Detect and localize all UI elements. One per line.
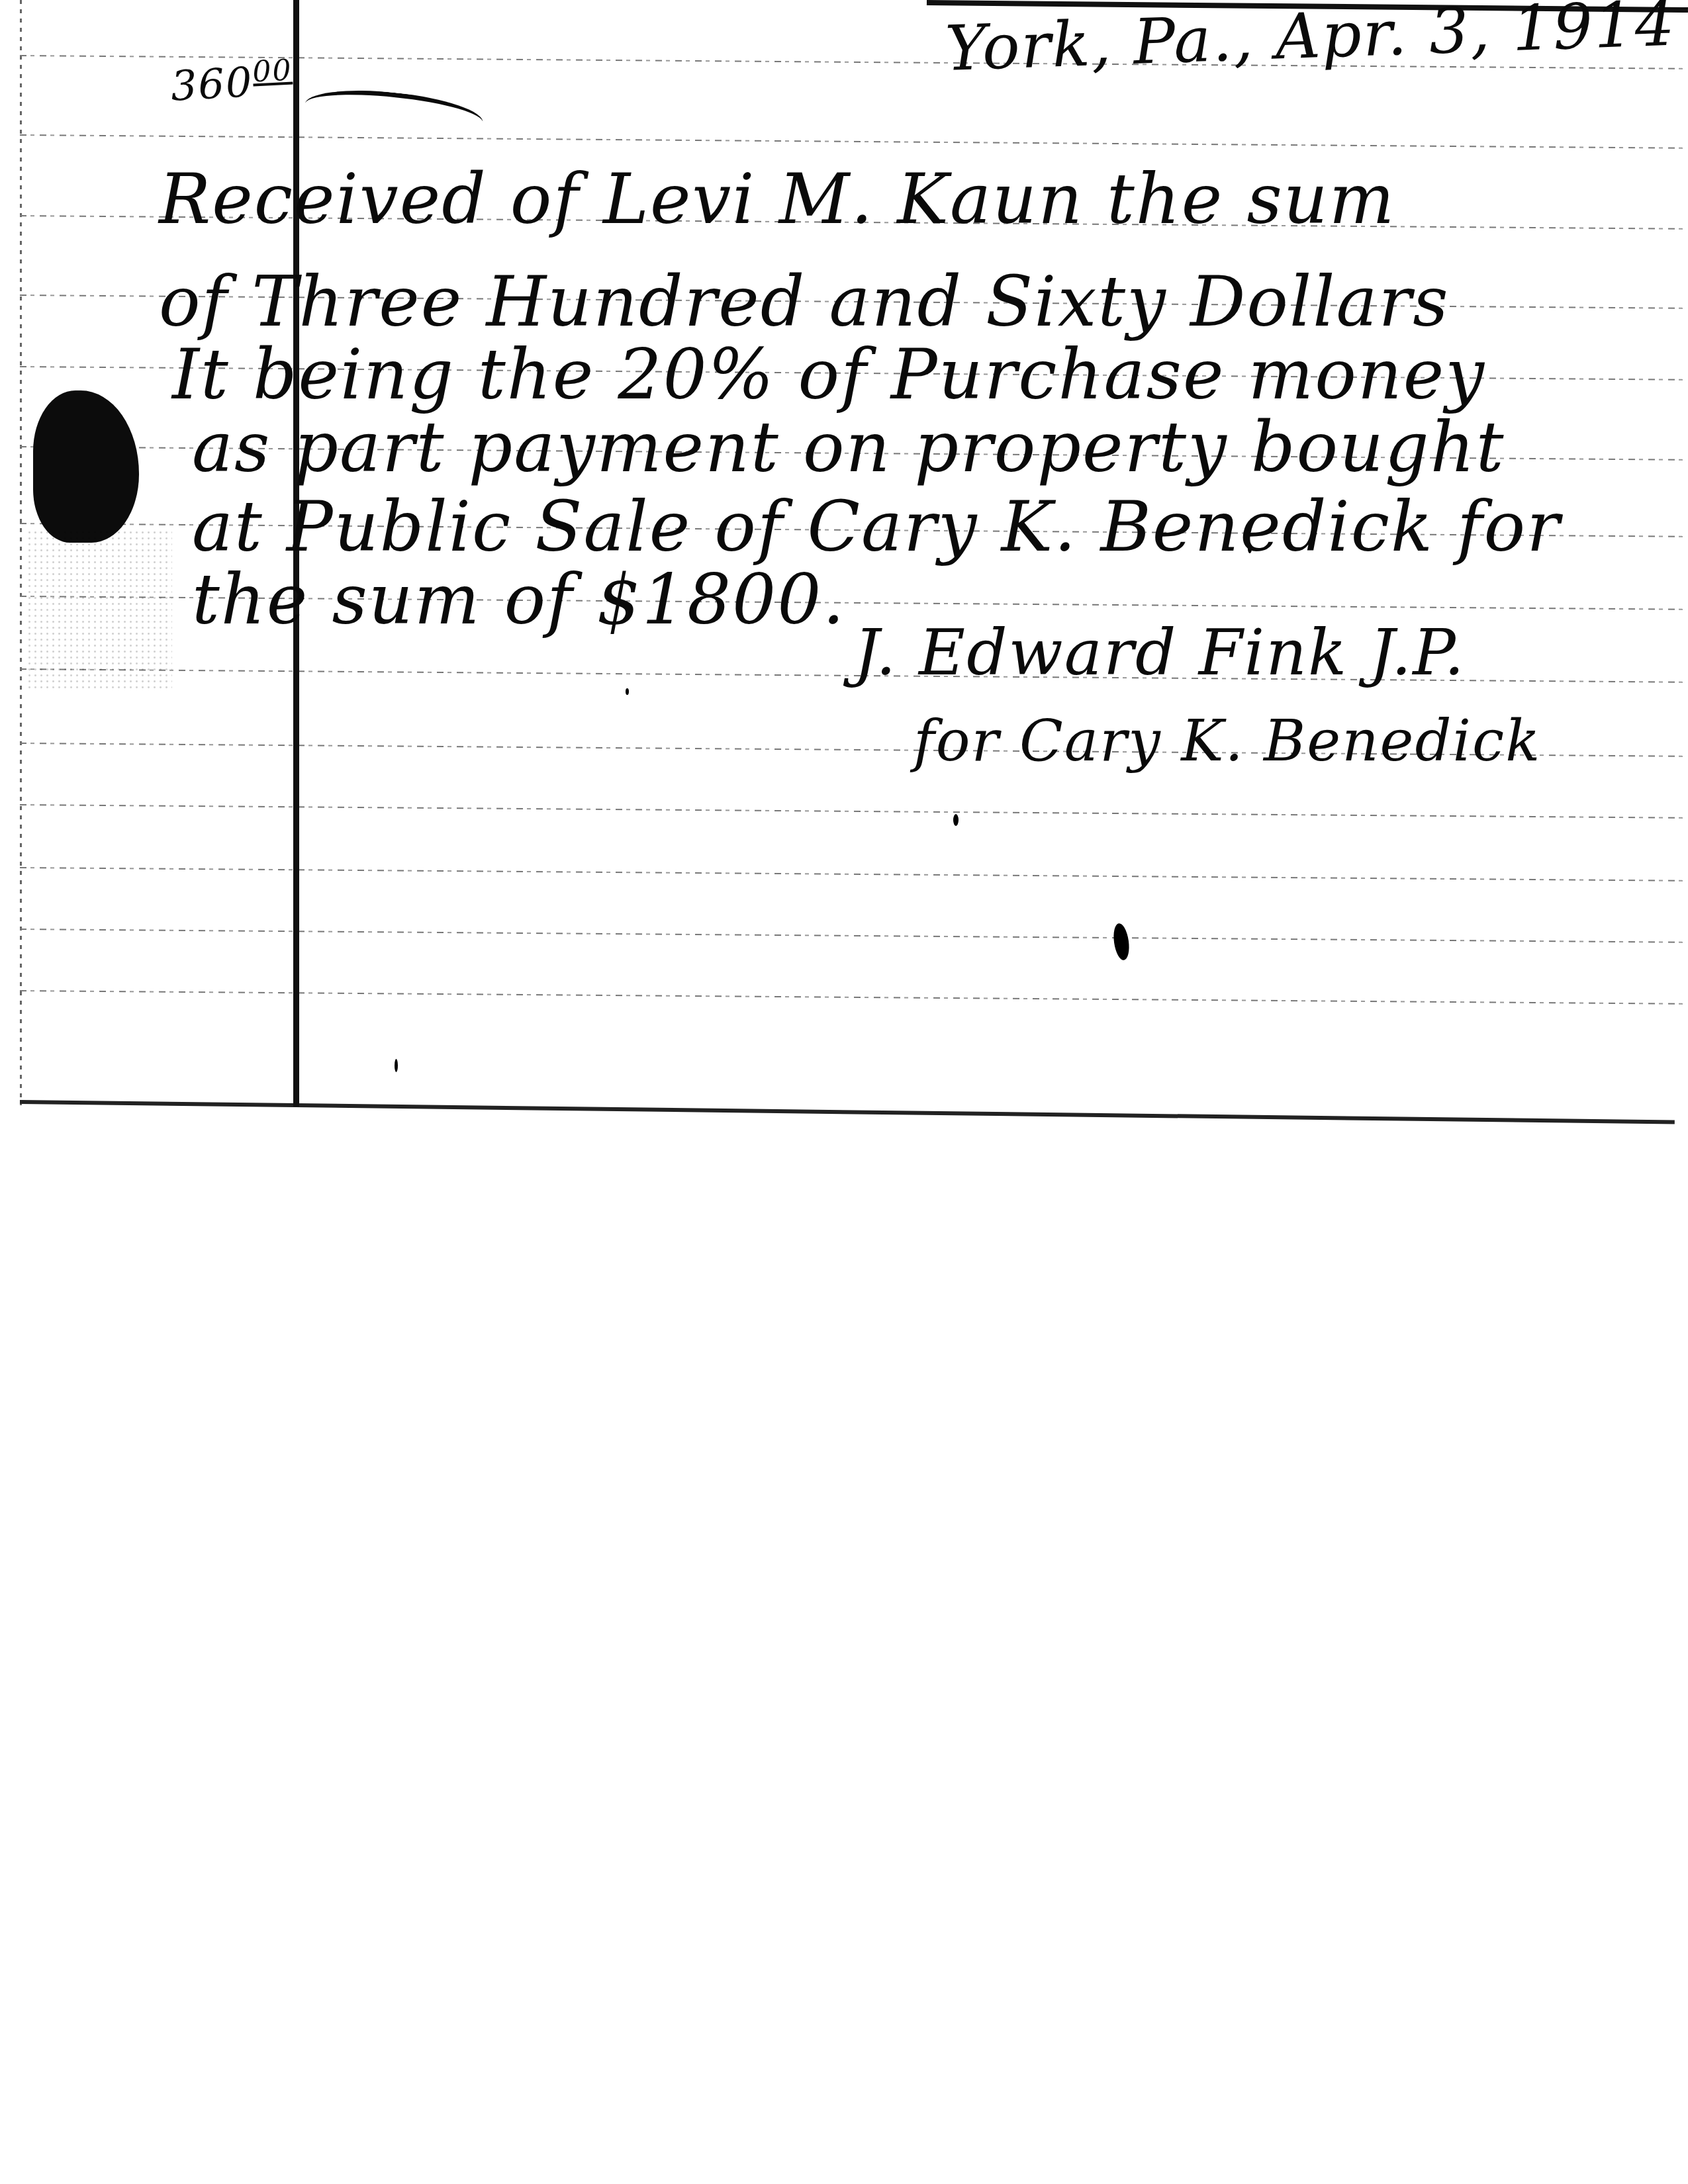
- paper-left-edge: [20, 0, 22, 1105]
- body-line-6: the sum of $1800.: [192, 559, 845, 640]
- ink-speck: [626, 688, 629, 695]
- body-line-2: of Three Hundred and Sixty Dollars: [159, 261, 1450, 342]
- paper-speckle: [26, 529, 172, 688]
- ink-speck: [395, 1059, 398, 1072]
- body-line-5: at Public Sale of Cary K. Benedick for: [192, 486, 1561, 567]
- paper-bottom-edge: [20, 1100, 1675, 1124]
- body-line-3: It being the 20% of Purchase money: [172, 334, 1485, 415]
- ink-speck: [953, 814, 959, 826]
- body-line-4: as part payment on property bought: [192, 407, 1505, 488]
- body-line-1: Received of Levi M. Kaun the sum: [159, 159, 1395, 240]
- signature-on-behalf-of: for Cary K. Benedick: [914, 708, 1541, 774]
- signature-signer: J. Edward Fink J.P.: [854, 615, 1466, 690]
- amount-cents: 00: [252, 53, 293, 89]
- amount-dollars: 360: [169, 58, 254, 110]
- receipt-amount: 36000: [169, 53, 294, 110]
